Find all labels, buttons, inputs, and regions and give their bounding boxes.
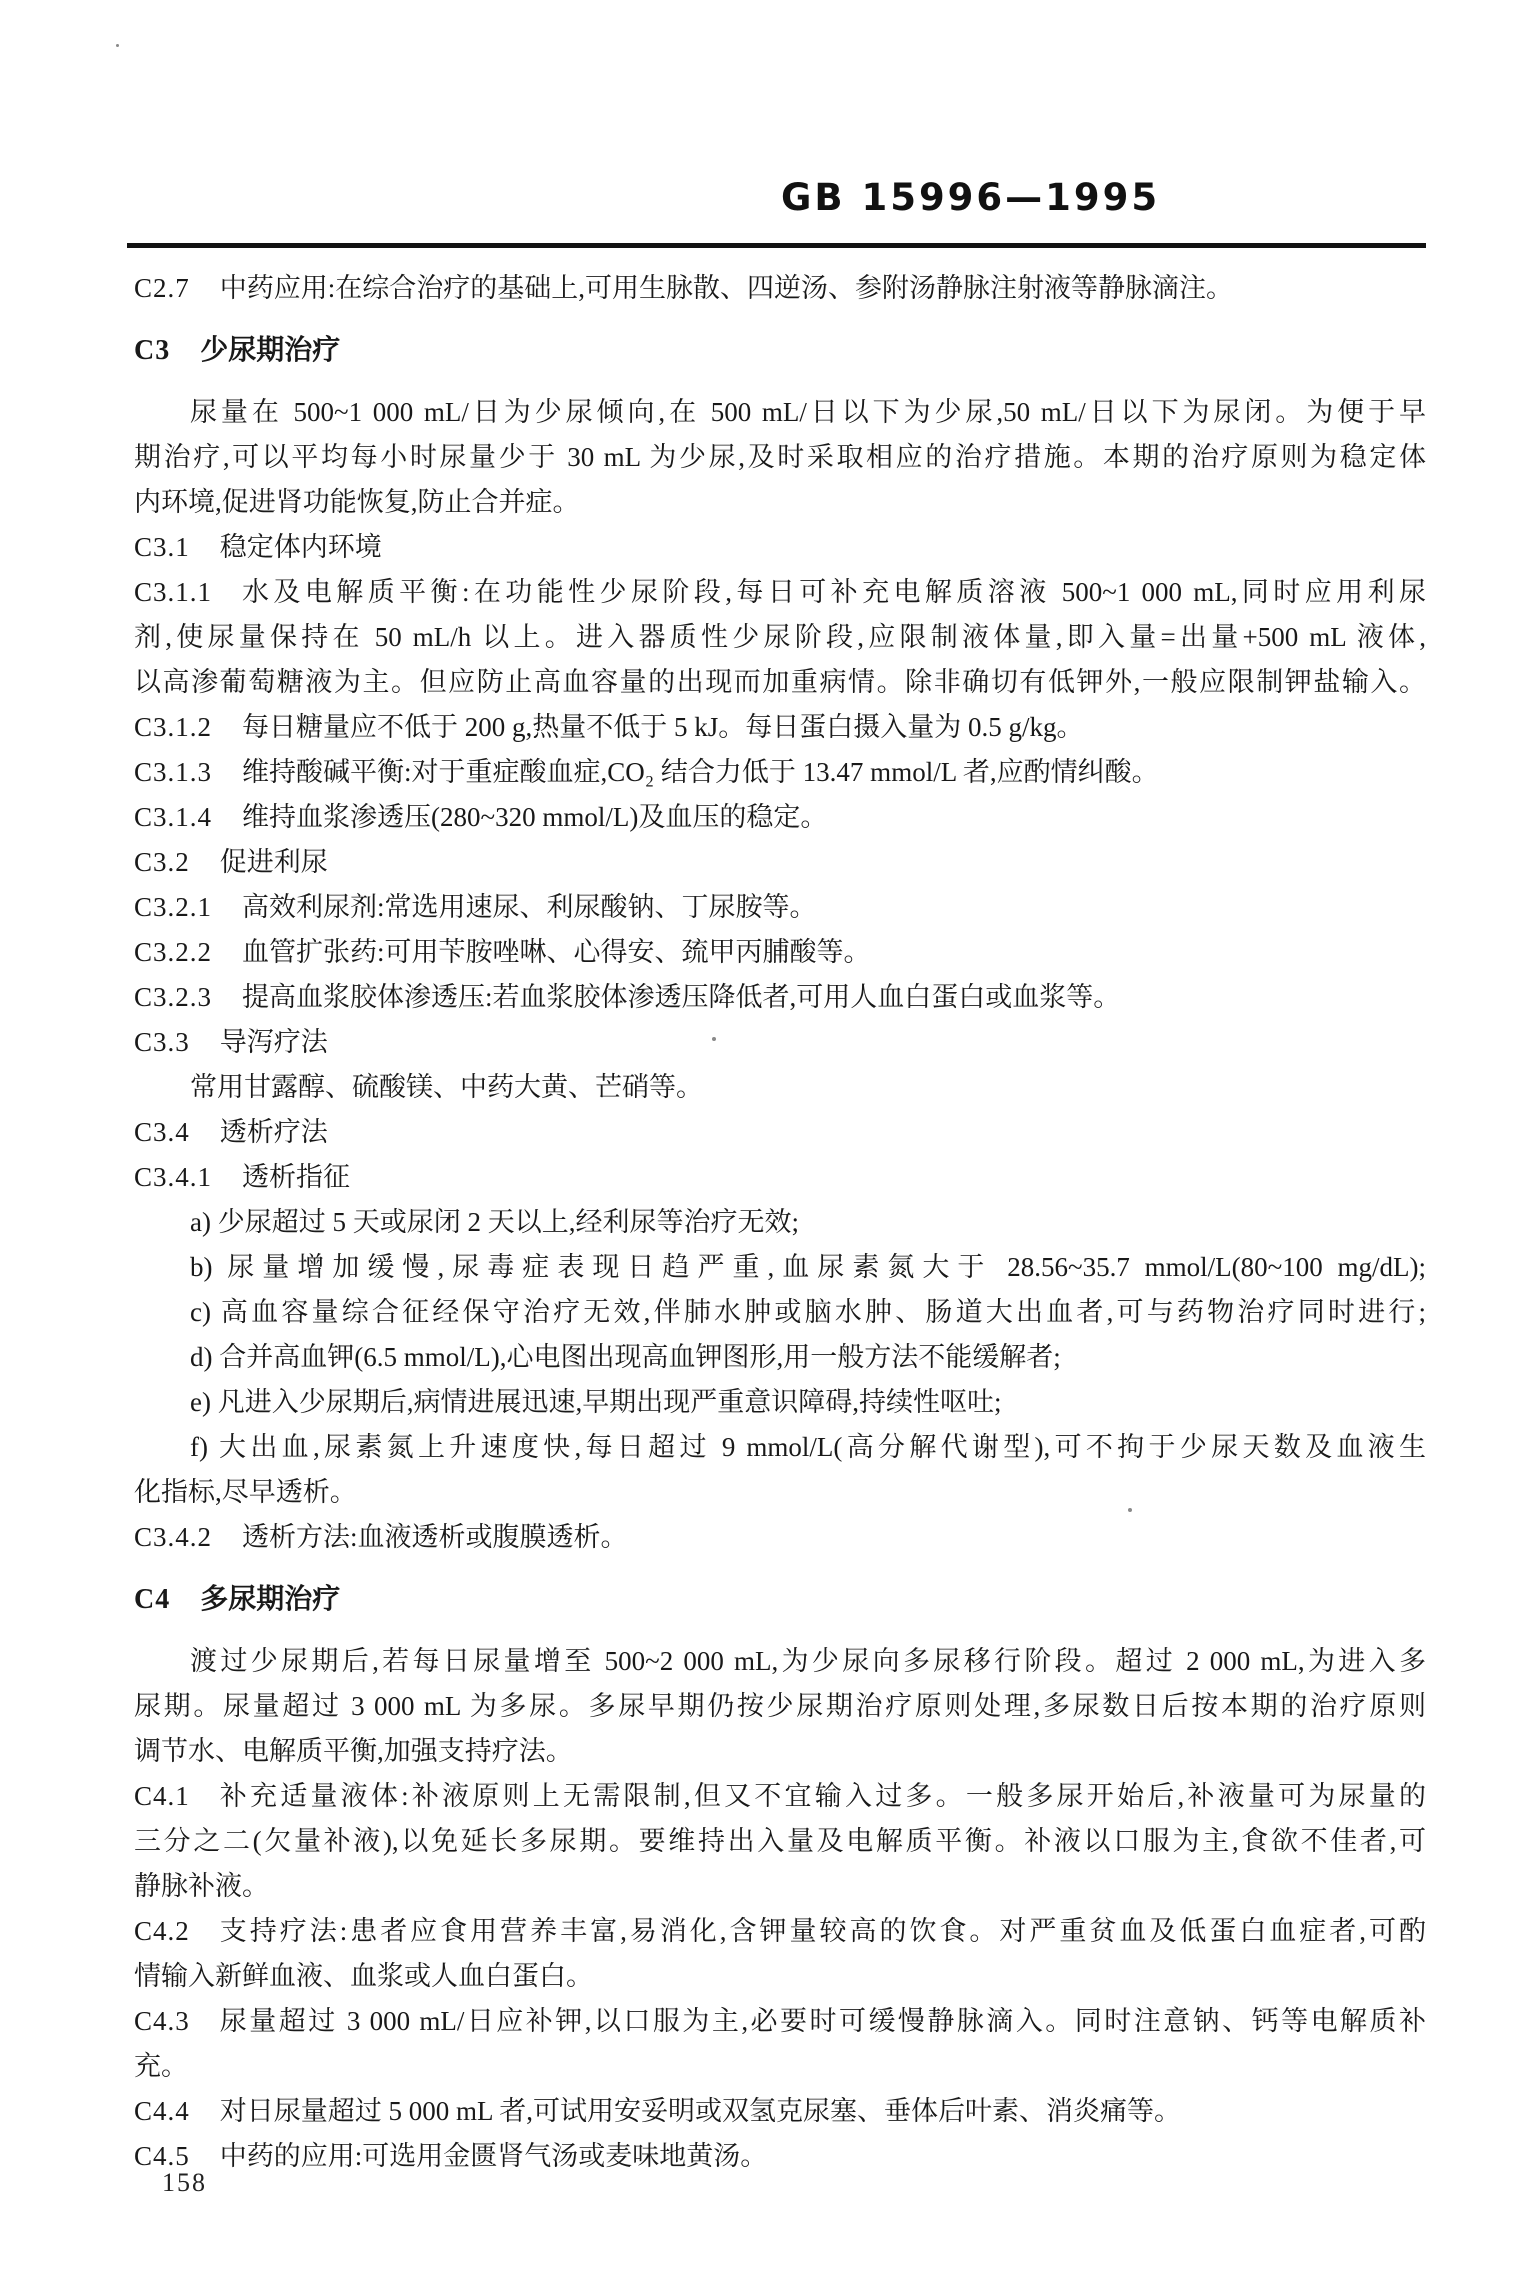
- text-line: 以高渗葡萄糖液为主。但应防止高血容量的出现而加重病情。除非确切有低钾外,一般应限…: [134, 660, 1426, 705]
- text-line: f) 大出血,尿素氮上升速度快,每日超过 9 mmol/L(高分解代谢型),可不…: [134, 1425, 1426, 1470]
- scan-speck: [712, 1037, 716, 1041]
- clause-number: C4: [134, 1577, 170, 1622]
- clause-number: C3.1.3: [134, 750, 212, 795]
- text-line: 调节水、电解质平衡,加强支持疗法。: [134, 1729, 1426, 1774]
- clause-text: 中药的应用:可选用金匮肾气汤或麦味地黄汤。: [220, 2134, 1426, 2179]
- scan-speck: [116, 44, 119, 47]
- clause-text: 高效利尿剂:常选用速尿、利尿酸钠、丁尿胺等。: [242, 885, 1426, 930]
- clause-text: 透析方法:血液透析或腹膜透析。: [242, 1515, 1426, 1560]
- clause-C3.4: C3.4透析疗法: [134, 1110, 1426, 1155]
- document-page: GB 15996—1995 C2.7中药应用:在综合治疗的基础上,可用生脉散、四…: [0, 0, 1536, 2285]
- header-rule: [127, 243, 1426, 248]
- clause-number: C4.1: [134, 1774, 190, 1819]
- clause-C4.2: C4.2支持疗法:患者应食用营养丰富,易消化,含钾量较高的饮食。对严重贫血及低蛋…: [134, 1909, 1426, 1954]
- clause-text: 血管扩张药:可用苄胺唑啉、心得安、巯甲丙脯酸等。: [242, 930, 1426, 975]
- clause-text: 稳定体内环境: [220, 525, 1426, 570]
- text-line: e) 凡进入少尿期后,病情进展迅速,早期出现严重意识障碍,持续性呕吐;: [134, 1380, 1426, 1425]
- clause-number: C2.7: [134, 266, 190, 311]
- clause-C3: C3少尿期治疗: [134, 328, 1426, 373]
- clause-text: 尿量超过 3 000 mL/日应补钾,以口服为主,必要时可缓慢静脉滴入。同时注意…: [220, 1999, 1426, 2044]
- clause-number: C3.4: [134, 1110, 190, 1155]
- clause-number: C3.2.2: [134, 930, 212, 975]
- clause-C4.5: C4.5中药的应用:可选用金匮肾气汤或麦味地黄汤。: [134, 2134, 1426, 2179]
- clause-number: C4.2: [134, 1909, 190, 1954]
- clause-C3.1: C3.1稳定体内环境: [134, 525, 1426, 570]
- text-line: 内环境,促进肾功能恢复,防止合并症。: [134, 480, 1426, 525]
- clause-text: 透析疗法: [220, 1110, 1426, 1155]
- clause-text: 维持酸碱平衡:对于重症酸血症,CO₂ 结合力低于 13.47 mmol/L 者,…: [242, 750, 1426, 795]
- clause-number: C3.1.2: [134, 705, 212, 750]
- standard-code: GB 15996—1995: [781, 176, 1160, 219]
- document-body: C2.7中药应用:在综合治疗的基础上,可用生脉散、四逆汤、参附汤静脉注射液等静脉…: [134, 266, 1426, 2179]
- clause-C4.4: C4.4对日尿量超过 5 000 mL 者,可试用安妥明或双氢克尿塞、垂体后叶素…: [134, 2089, 1426, 2134]
- clause-C3.2.1: C3.2.1高效利尿剂:常选用速尿、利尿酸钠、丁尿胺等。: [134, 885, 1426, 930]
- clause-C2.7: C2.7中药应用:在综合治疗的基础上,可用生脉散、四逆汤、参附汤静脉注射液等静脉…: [134, 266, 1426, 311]
- clause-number: C3.4.2: [134, 1515, 212, 1560]
- clause-C3.1.3: C3.1.3维持酸碱平衡:对于重症酸血症,CO₂ 结合力低于 13.47 mmo…: [134, 750, 1426, 795]
- clause-C3.1.1: C3.1.1水及电解质平衡:在功能性少尿阶段,每日可补充电解质溶液 500~1 …: [134, 570, 1426, 615]
- clause-number: C3.2: [134, 840, 190, 885]
- clause-C4.1: C4.1补充适量液体:补液原则上无需限制,但又不宜输入过多。一般多尿开始后,补液…: [134, 1774, 1426, 1819]
- text-line: c) 高血容量综合征经保守治疗无效,伴肺水肿或脑水肿、肠道大出血者,可与药物治疗…: [134, 1290, 1426, 1335]
- clause-C4.3: C4.3尿量超过 3 000 mL/日应补钾,以口服为主,必要时可缓慢静脉滴入。…: [134, 1999, 1426, 2044]
- text-line: 常用甘露醇、硫酸镁、中药大黄、芒硝等。: [134, 1065, 1426, 1110]
- clause-number: C3.1.1: [134, 570, 212, 615]
- text-line: 充。: [134, 2044, 1426, 2089]
- clause-text: 中药应用:在综合治疗的基础上,可用生脉散、四逆汤、参附汤静脉注射液等静脉滴注。: [220, 266, 1426, 311]
- clause-C3.2.2: C3.2.2血管扩张药:可用苄胺唑啉、心得安、巯甲丙脯酸等。: [134, 930, 1426, 975]
- clause-C3.1.2: C3.1.2每日糖量应不低于 200 g,热量不低于 5 kJ。每日蛋白摄入量为…: [134, 705, 1426, 750]
- clause-C3.4.1: C3.4.1透析指征: [134, 1155, 1426, 1200]
- clause-number: C3.4.1: [134, 1155, 212, 1200]
- clause-number: C3.1.4: [134, 795, 212, 840]
- clause-text: 促进利尿: [220, 840, 1426, 885]
- clause-text: 导泻疗法: [220, 1020, 1426, 1065]
- clause-C3.2: C3.2促进利尿: [134, 840, 1426, 885]
- clause-C4: C4多尿期治疗: [134, 1577, 1426, 1622]
- clause-text: 补充适量液体:补液原则上无需限制,但又不宜输入过多。一般多尿开始后,补液量可为尿…: [220, 1774, 1426, 1819]
- text-line: 期治疗,可以平均每小时尿量少于 30 mL 为少尿,及时采取相应的治疗措施。本期…: [134, 435, 1426, 480]
- clause-number: C4.3: [134, 1999, 190, 2044]
- clause-text: 维持血浆渗透压(280~320 mmol/L)及血压的稳定。: [242, 795, 1426, 840]
- clause-number: C4.4: [134, 2089, 190, 2134]
- clause-C3.4.2: C3.4.2透析方法:血液透析或腹膜透析。: [134, 1515, 1426, 1560]
- clause-text: 对日尿量超过 5 000 mL 者,可试用安妥明或双氢克尿塞、垂体后叶素、消炎痛…: [220, 2089, 1426, 2134]
- scan-speck: [1128, 1508, 1132, 1512]
- clause-number: C3.1: [134, 525, 190, 570]
- clause-number: C3.3: [134, 1020, 190, 1065]
- clause-number: C3.2.1: [134, 885, 212, 930]
- clause-C3.2.3: C3.2.3提高血浆胶体渗透压:若血浆胶体渗透压降低者,可用人血白蛋白或血浆等。: [134, 975, 1426, 1020]
- clause-C3.1.4: C3.1.4维持血浆渗透压(280~320 mmol/L)及血压的稳定。: [134, 795, 1426, 840]
- clause-number: C3: [134, 328, 170, 373]
- text-line: 尿量在 500~1 000 mL/日为少尿倾向,在 500 mL/日以下为少尿,…: [134, 390, 1426, 435]
- text-line: 尿期。尿量超过 3 000 mL 为多尿。多尿早期仍按少尿期治疗原则处理,多尿数…: [134, 1684, 1426, 1729]
- clause-text: 少尿期治疗: [200, 328, 1426, 373]
- clause-text: 透析指征: [242, 1155, 1426, 1200]
- text-line: 静脉补液。: [134, 1864, 1426, 1909]
- text-line: 三分之二(欠量补液),以免延长多尿期。要维持出入量及电解质平衡。补液以口服为主,…: [134, 1819, 1426, 1864]
- clause-C3.3: C3.3导泻疗法: [134, 1020, 1426, 1065]
- text-line: a) 少尿超过 5 天或尿闭 2 天以上,经利尿等治疗无效;: [134, 1200, 1426, 1245]
- text-line: 化指标,尽早透析。: [134, 1470, 1426, 1515]
- text-line: 情输入新鲜血液、血浆或人血白蛋白。: [134, 1954, 1426, 1999]
- text-line: b) 尿量增加缓慢,尿毒症表现日趋严重,血尿素氮大于 28.56~35.7 mm…: [134, 1245, 1426, 1290]
- clause-text: 多尿期治疗: [200, 1577, 1426, 1622]
- clause-text: 水及电解质平衡:在功能性少尿阶段,每日可补充电解质溶液 500~1 000 mL…: [242, 570, 1426, 615]
- clause-number: C3.2.3: [134, 975, 212, 1020]
- text-line: 渡过少尿期后,若每日尿量增至 500~2 000 mL,为少尿向多尿移行阶段。超…: [134, 1639, 1426, 1684]
- clause-text: 每日糖量应不低于 200 g,热量不低于 5 kJ。每日蛋白摄入量为 0.5 g…: [242, 705, 1426, 750]
- page-number: 158: [162, 2168, 207, 2198]
- text-line: d) 合并高血钾(6.5 mmol/L),心电图出现高血钾图形,用一般方法不能缓…: [134, 1335, 1426, 1380]
- clause-text: 支持疗法:患者应食用营养丰富,易消化,含钾量较高的饮食。对严重贫血及低蛋白血症者…: [220, 1909, 1426, 1954]
- text-line: 剂,使尿量保持在 50 mL/h 以上。进入器质性少尿阶段,应限制液体量,即入量…: [134, 615, 1426, 660]
- clause-text: 提高血浆胶体渗透压:若血浆胶体渗透压降低者,可用人血白蛋白或血浆等。: [242, 975, 1426, 1020]
